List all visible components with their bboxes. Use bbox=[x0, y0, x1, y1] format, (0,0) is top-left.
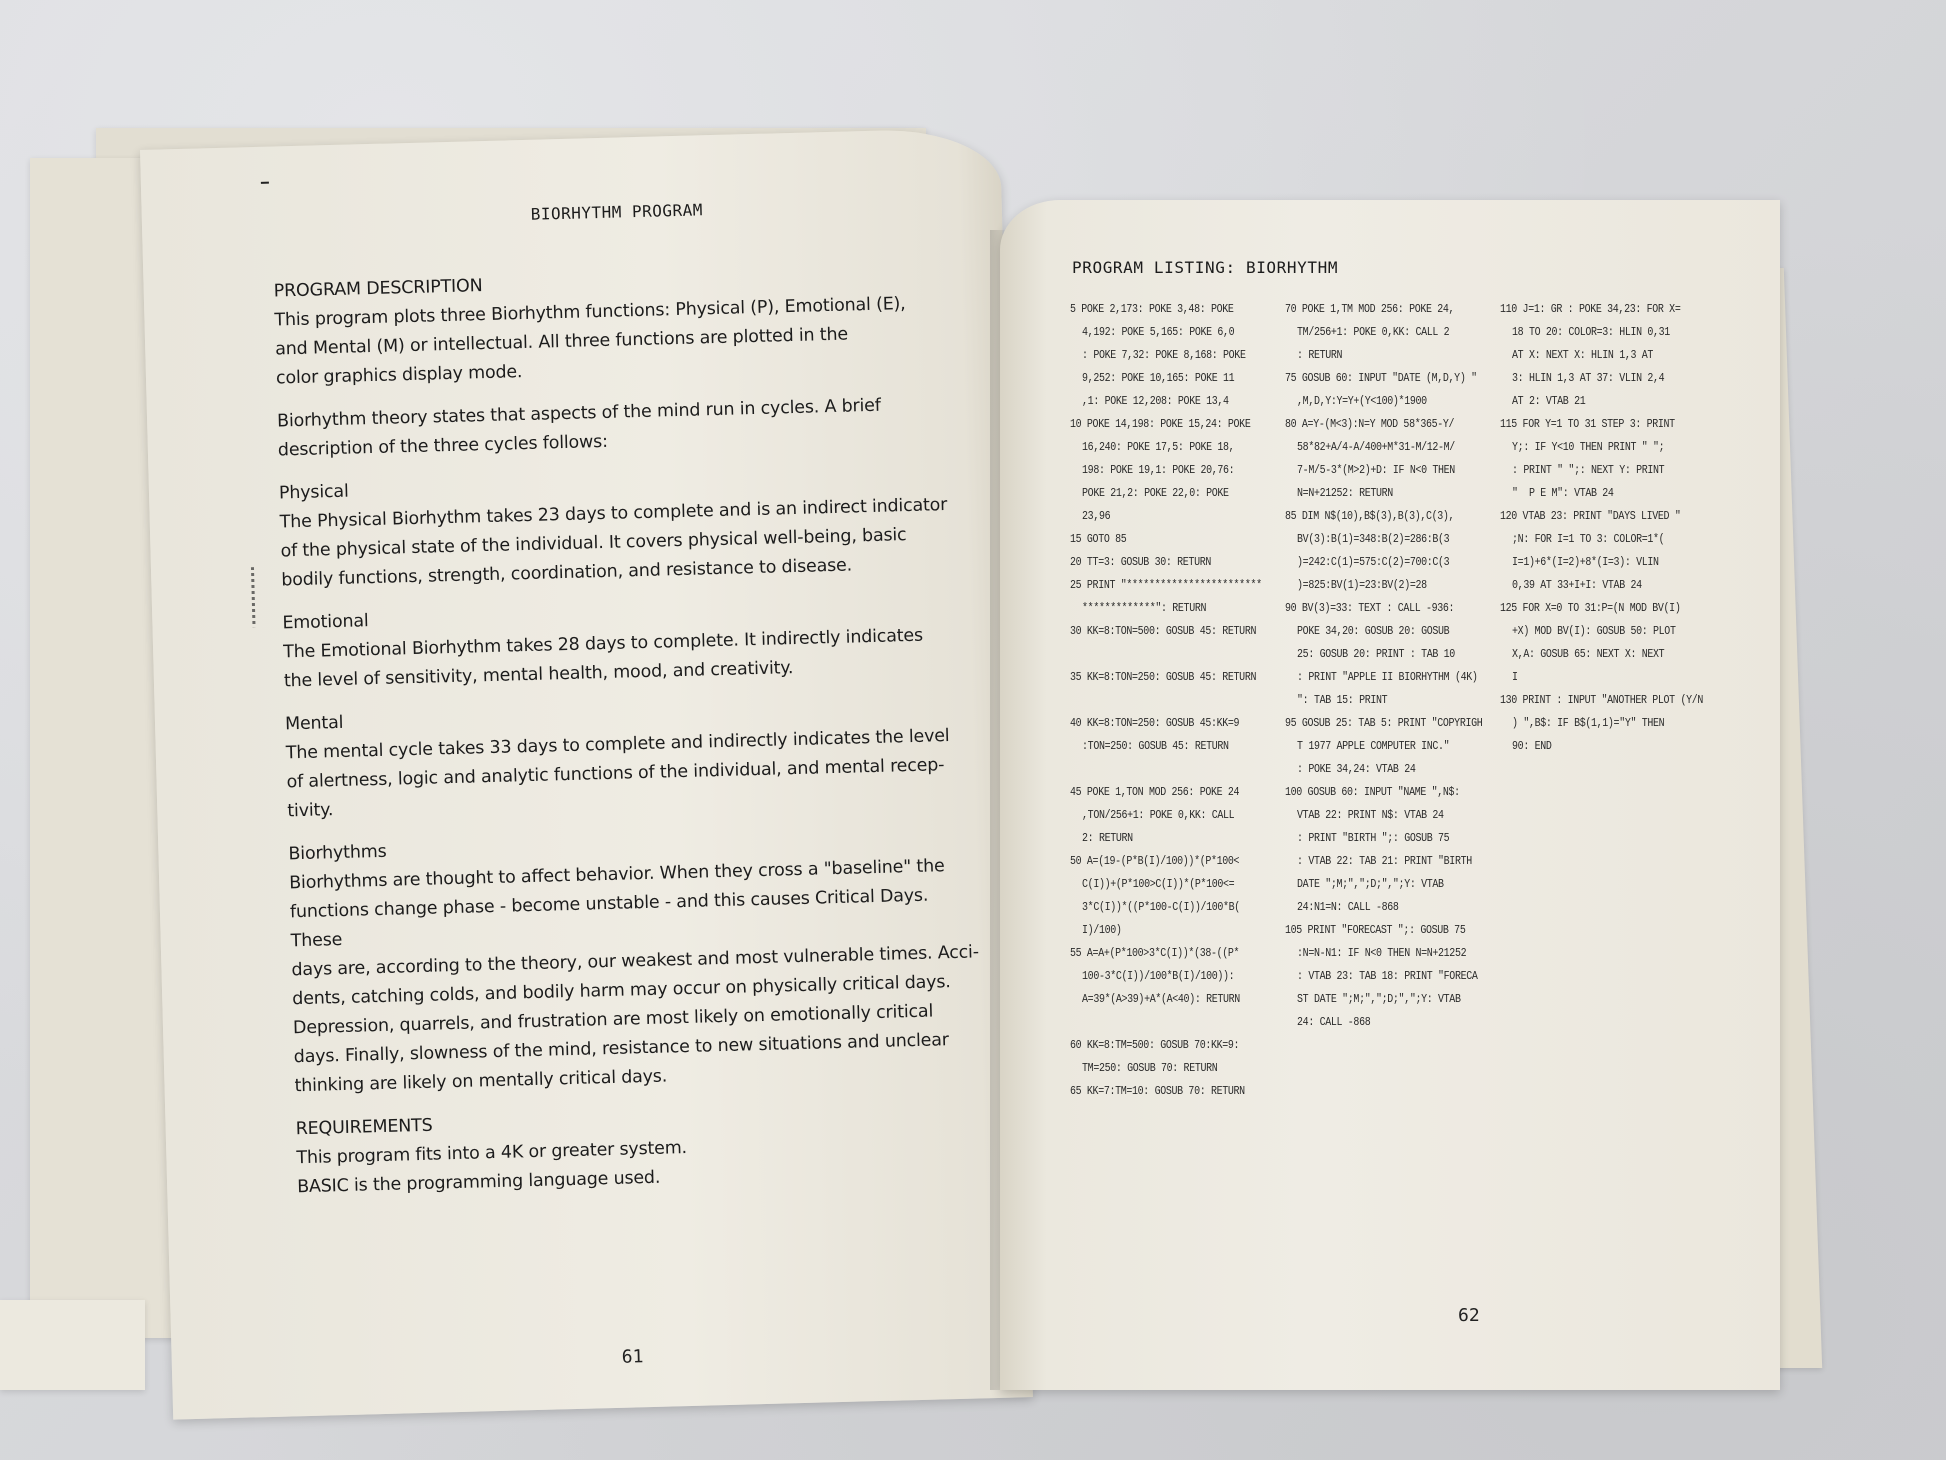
code-line: 3*C(I))*((P*100-C(I))/100*B( bbox=[1070, 896, 1276, 919]
code-line: 0,39 AT 33+I+I: VTAB 24 bbox=[1500, 574, 1698, 597]
code-line: 15 GOTO 85 bbox=[1070, 528, 1276, 551]
blank-line bbox=[1070, 643, 1276, 666]
code-line: 25: GOSUB 20: PRINT : TAB 10 bbox=[1285, 643, 1500, 666]
code-line: :TON=250: GOSUB 45: RETURN bbox=[1070, 735, 1276, 758]
code-line: 80 A=Y-(M<3):N=Y MOD 58*365-Y/ bbox=[1285, 413, 1500, 436]
code-line: BV(3):B(1)=348:B(2)=286:B(3 bbox=[1285, 528, 1500, 551]
code-line: 130 PRINT : INPUT "ANOTHER PLOT (Y/N bbox=[1500, 689, 1698, 712]
code-line: 58*82+A/4-A/400+M*31-M/12-M/ bbox=[1285, 436, 1500, 459]
listing-title: PROGRAM LISTING: BIORHYTHM bbox=[1072, 258, 1338, 277]
page-number: 62 bbox=[1458, 1305, 1480, 1326]
code-line: 65 KK=7:TM=10: GOSUB 70: RETURN bbox=[1070, 1080, 1276, 1103]
code-line: N=N+21252: RETURN bbox=[1285, 482, 1500, 505]
code-line: 25 PRINT "************************ bbox=[1070, 574, 1276, 597]
code-line: Y;: IF Y<10 THEN PRINT " "; bbox=[1500, 436, 1698, 459]
code-line: : RETURN bbox=[1285, 344, 1500, 367]
code-line: 90: END bbox=[1500, 735, 1698, 758]
code-line: 90 BV(3)=33: TEXT : CALL -936: bbox=[1285, 597, 1500, 620]
code-line: I bbox=[1500, 666, 1698, 689]
code-line: : POKE 34,24: VTAB 24 bbox=[1285, 758, 1500, 781]
code-line: TM/256+1: POKE 0,KK: CALL 2 bbox=[1285, 321, 1500, 344]
binding-mark bbox=[251, 567, 256, 627]
code-line: DATE ";M;",";D;",";Y: VTAB bbox=[1285, 873, 1500, 896]
code-line: ST DATE ";M;",";D;",";Y: VTAB bbox=[1285, 988, 1500, 1011]
page-mark bbox=[261, 182, 269, 184]
code-line: 100-3*C(I))/100*B(I)/100)): bbox=[1070, 965, 1276, 988]
code-line: 9,252: POKE 10,165: POKE 11 bbox=[1070, 367, 1276, 390]
code-line: )=825:BV(1)=23:BV(2)=28 bbox=[1285, 574, 1500, 597]
code-line: 120 VTAB 23: PRINT "DAYS LIVED " bbox=[1500, 505, 1698, 528]
code-line: 55 A=A+(P*100>3*C(I))*(38-((P* bbox=[1070, 942, 1276, 965]
listing-column-3: 110 J=1: GR : POKE 34,23: FOR X=18 TO 20… bbox=[1500, 298, 1698, 758]
code-line: ": TAB 15: PRINT bbox=[1285, 689, 1500, 712]
code-line: 7-M/5-3*(M>2)+D: IF N<0 THEN bbox=[1285, 459, 1500, 482]
code-line: 75 GOSUB 60: INPUT "DATE (M,D,Y) " bbox=[1285, 367, 1500, 390]
code-line: AT X: NEXT X: HLIN 1,3 AT bbox=[1500, 344, 1698, 367]
section: MentalThe mental cycle takes 33 days to … bbox=[285, 692, 978, 826]
code-line: 5 POKE 2,173: POKE 3,48: POKE bbox=[1070, 298, 1276, 321]
section: Biorhythm theory states that aspects of … bbox=[277, 389, 968, 465]
code-line: :N=N-N1: IF N<0 THEN N=N+21252 bbox=[1285, 942, 1500, 965]
code-line: 40 KK=8:TON=250: GOSUB 45:KK=9 bbox=[1070, 712, 1276, 735]
code-line: 85 DIM N$(10),B$(3),B(3),C(3), bbox=[1285, 505, 1500, 528]
code-line: 115 FOR Y=1 TO 31 STEP 3: PRINT bbox=[1500, 413, 1698, 436]
code-line: 4,192: POKE 5,165: POKE 6,0 bbox=[1070, 321, 1276, 344]
page-number: 61 bbox=[621, 1346, 643, 1368]
code-line: 35 KK=8:TON=250: GOSUB 45: RETURN bbox=[1070, 666, 1276, 689]
code-line: : POKE 7,32: POKE 8,168: POKE bbox=[1070, 344, 1276, 367]
code-line: : VTAB 23: TAB 18: PRINT "FORECA bbox=[1285, 965, 1500, 988]
code-line: 24:N1=N: CALL -868 bbox=[1285, 896, 1500, 919]
code-line: C(I))+(P*100>C(I))*(P*100<= bbox=[1070, 873, 1276, 896]
section: PhysicalThe Physical Biorhythm takes 23 … bbox=[279, 461, 972, 595]
blank-line bbox=[1070, 758, 1276, 781]
code-line: 95 GOSUB 25: TAB 5: PRINT "COPYRIGH bbox=[1285, 712, 1500, 735]
code-line: 2: RETURN bbox=[1070, 827, 1276, 850]
right-page: PROGRAM LISTING: BIORHYTHM 5 POKE 2,173:… bbox=[1000, 200, 1780, 1390]
code-line: : PRINT "APPLE II BIORHYTHM (4K) bbox=[1285, 666, 1500, 689]
code-line: 50 A=(19-(P*B(I)/100))*(P*100< bbox=[1070, 850, 1276, 873]
code-line: 30 KK=8:TON=500: GOSUB 45: RETURN bbox=[1070, 620, 1276, 643]
blank-line bbox=[1070, 1011, 1276, 1034]
listing-column-2: 70 POKE 1,TM MOD 256: POKE 24,TM/256+1: … bbox=[1285, 298, 1500, 1034]
code-line: 23,96 bbox=[1070, 505, 1276, 528]
code-line: 70 POKE 1,TM MOD 256: POKE 24, bbox=[1285, 298, 1500, 321]
code-line: ,TON/256+1: POKE 0,KK: CALL bbox=[1070, 804, 1276, 827]
code-line: POKE 34,20: GOSUB 20: GOSUB bbox=[1285, 620, 1500, 643]
code-line: 198: POKE 19,1: POKE 20,76: bbox=[1070, 459, 1276, 482]
description-sections: PROGRAM DESCRIPTIONThis program plots th… bbox=[273, 259, 987, 1202]
code-line: AT 2: VTAB 21 bbox=[1500, 390, 1698, 413]
section: PROGRAM DESCRIPTIONThis program plots th… bbox=[273, 259, 966, 393]
section: BiorhythmsBiorhythms are thought to affe… bbox=[288, 822, 985, 1101]
code-line: ;N: FOR I=1 TO 3: COLOR=1*( bbox=[1500, 528, 1698, 551]
paper-stack-corner bbox=[0, 1300, 145, 1390]
code-line: )=242:C(1)=575:C(2)=700:C(3 bbox=[1285, 551, 1500, 574]
left-page: BIORHYTHM PROGRAM PROGRAM DESCRIPTIONThi… bbox=[140, 127, 1033, 1419]
code-line: ,1: POKE 12,208: POKE 13,4 bbox=[1070, 390, 1276, 413]
page-title: BIORHYTHM PROGRAM bbox=[272, 189, 963, 236]
code-line: POKE 21,2: POKE 22,0: POKE bbox=[1070, 482, 1276, 505]
section: REQUIREMENTSThis program fits into a 4K … bbox=[295, 1097, 987, 1202]
code-line: 16,240: POKE 17,5: POKE 18, bbox=[1070, 436, 1276, 459]
code-line: 20 TT=3: GOSUB 30: RETURN bbox=[1070, 551, 1276, 574]
left-page-content: BIORHYTHM PROGRAM PROGRAM DESCRIPTIONThi… bbox=[272, 189, 988, 1203]
code-line: 10 POKE 14,198: POKE 15,24: POKE bbox=[1070, 413, 1276, 436]
code-line: A=39*(A>39)+A*(A<40): RETURN bbox=[1070, 988, 1276, 1011]
code-line: 125 FOR X=0 TO 31:P=(N MOD BV(I) bbox=[1500, 597, 1698, 620]
code-line: 45 POKE 1,TON MOD 256: POKE 24 bbox=[1070, 781, 1276, 804]
code-line: 18 TO 20: COLOR=3: HLIN 0,31 bbox=[1500, 321, 1698, 344]
code-line: VTAB 22: PRINT N$: VTAB 24 bbox=[1285, 804, 1500, 827]
code-line: 100 GOSUB 60: INPUT "NAME ",N$: bbox=[1285, 781, 1500, 804]
code-line: 3: HLIN 1,3 AT 37: VLIN 2,4 bbox=[1500, 367, 1698, 390]
code-line: X,A: GOSUB 65: NEXT X: NEXT bbox=[1500, 643, 1698, 666]
blank-line bbox=[1070, 689, 1276, 712]
code-line: TM=250: GOSUB 70: RETURN bbox=[1070, 1057, 1276, 1080]
code-line: 24: CALL -868 bbox=[1285, 1011, 1500, 1034]
code-line: 60 KK=8:TM=500: GOSUB 70:KK=9: bbox=[1070, 1034, 1276, 1057]
code-line: " P E M": VTAB 24 bbox=[1500, 482, 1698, 505]
code-line: *************": RETURN bbox=[1070, 597, 1276, 620]
code-line: +X) MOD BV(I): GOSUB 50: PLOT bbox=[1500, 620, 1698, 643]
code-line: ) ",B$: IF B$(1,1)="Y" THEN bbox=[1500, 712, 1698, 735]
code-line: 110 J=1: GR : POKE 34,23: FOR X= bbox=[1500, 298, 1698, 321]
code-line: 105 PRINT "FORECAST ";: GOSUB 75 bbox=[1285, 919, 1500, 942]
code-line: : PRINT "BIRTH ";: GOSUB 75 bbox=[1285, 827, 1500, 850]
section: EmotionalThe Emotional Biorhythm takes 2… bbox=[282, 591, 974, 696]
code-line: T 1977 APPLE COMPUTER INC." bbox=[1285, 735, 1500, 758]
code-line: ,M,D,Y:Y=Y+(Y<100)*1900 bbox=[1285, 390, 1500, 413]
code-line: : PRINT " ";: NEXT Y: PRINT bbox=[1500, 459, 1698, 482]
listing-column-1: 5 POKE 2,173: POKE 3,48: POKE4,192: POKE… bbox=[1070, 298, 1276, 1103]
code-line: I=1)+6*(I=2)+8*(I=3): VLIN bbox=[1500, 551, 1698, 574]
code-line: : VTAB 22: TAB 21: PRINT "BIRTH bbox=[1285, 850, 1500, 873]
code-line: I)/100) bbox=[1070, 919, 1276, 942]
